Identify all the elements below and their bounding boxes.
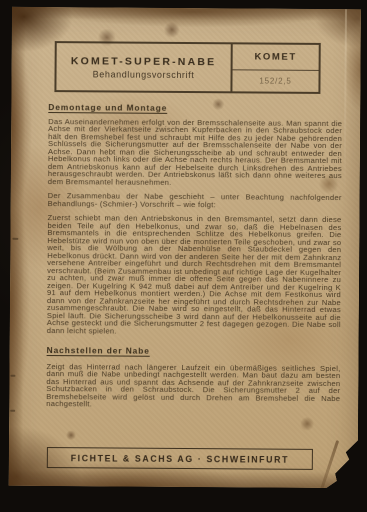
model-name: KOMET xyxy=(233,44,319,71)
paragraph: Der Zusammenbau der Nabe geschieht – unt… xyxy=(48,192,342,209)
pencil-mark xyxy=(12,238,18,240)
document-body: Demontage und Montage Das Auseinanderneh… xyxy=(46,104,342,417)
photo-backdrop: KOMET-SUPER-NABE Behandlungsvorschrift K… xyxy=(0,0,367,512)
header-box: KOMET-SUPER-NABE Behandlungsvorschrift K… xyxy=(54,41,320,94)
torn-corner-crease xyxy=(317,440,339,498)
pencil-mark xyxy=(10,375,15,377)
model-number: 152/2,5 xyxy=(232,70,318,92)
instruction-sheet: KOMET-SUPER-NABE Behandlungsvorschrift K… xyxy=(9,7,361,488)
paper-crease xyxy=(344,9,347,199)
pencil-mark xyxy=(10,410,15,412)
header-title-cell: KOMET-SUPER-NABE Behandlungsvorschrift xyxy=(56,43,230,91)
document-subtitle: Behandlungsvorschrift xyxy=(93,69,195,80)
section-heading-demontage: Demontage und Montage xyxy=(48,104,342,114)
paragraph: Das Auseinandernehmen erfolgt von der Br… xyxy=(48,118,342,188)
paragraph: Zeigt das Hinterrad nach längerer Laufze… xyxy=(46,363,340,410)
section-heading-nachstellen: Nachstellen der Nabe xyxy=(47,347,341,357)
product-title: KOMET-SUPER-NABE xyxy=(71,55,217,68)
paragraph: Zuerst schiebt man den Antriebskonus in … xyxy=(47,214,342,336)
model-cell: KOMET 152/2,5 xyxy=(230,44,318,92)
company-name: FICHTEL & SACHS AG · SCHWEINFURT xyxy=(71,453,289,465)
footer-box: FICHTEL & SACHS AG · SCHWEINFURT xyxy=(47,447,313,470)
